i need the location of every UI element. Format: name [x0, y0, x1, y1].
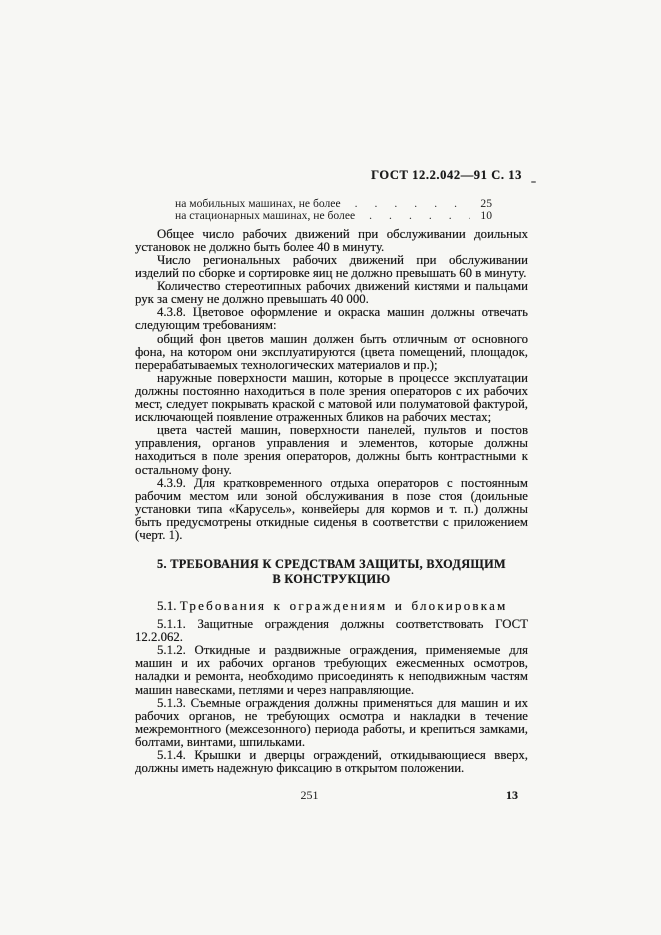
leader-dots: ........: [341, 198, 470, 210]
leader-value: 10: [470, 210, 492, 222]
section-heading: 5. ТРЕБОВАНИЯ К СРЕДСТВАМ ЗАЩИТЫ, ВХОДЯЩ…: [135, 557, 528, 586]
paragraph: 5.1.4. Крышки и дверцы ограждений, откид…: [135, 749, 528, 775]
paragraph: Число региональных рабочих движений при …: [135, 254, 528, 280]
paragraph: 5.1.1. Защитные ограждения должны соотве…: [135, 618, 528, 644]
sub-heading-text: Требования к ограждениям и блокировкам: [180, 598, 508, 613]
paragraph: 4.3.9. Для кратковременного отдыха опера…: [135, 477, 528, 542]
scan-speck: [531, 181, 536, 183]
page-footer: 251 13: [135, 788, 528, 802]
paragraph: Количество стереотипных рабочих движений…: [135, 280, 528, 306]
page-content: ГОСТ 12.2.042—91 С. 13 на мобильных маши…: [135, 168, 528, 802]
folio-sequence-number: 251: [301, 788, 319, 803]
sub-heading: 5.1. Требования к ограждениям и блокиров…: [135, 599, 528, 613]
body-text-lower: 5.1.1. Защитные ограждения должны соотве…: [135, 618, 528, 775]
list-item: на стационарных машинах, не более ......…: [175, 210, 492, 222]
paragraph: Общее число рабочих движений при обслужи…: [135, 228, 528, 254]
running-header: ГОСТ 12.2.042—91 С. 13: [135, 168, 528, 183]
section-heading-line1: 5. ТРЕБОВАНИЯ К СРЕДСТВАМ ЗАЩИТЫ, ВХОДЯЩ…: [135, 557, 528, 572]
leader-list: на мобильных машинах, не более ........ …: [175, 198, 492, 223]
section-heading-line2: В КОНСТРУКЦИЮ: [135, 572, 528, 587]
paragraph: 5.1.3. Съемные ограждения должны применя…: [135, 697, 528, 749]
body-text-upper: Общее число рабочих движений при обслужи…: [135, 228, 528, 542]
paragraph: наружные поверхности машин, которые в пр…: [135, 372, 528, 424]
paragraph: 4.3.8. Цветовое оформление и окраска маш…: [135, 306, 528, 332]
leader-label: на стационарных машинах, не более: [175, 210, 355, 222]
paragraph: общий фон цветов машин должен быть отлич…: [135, 333, 528, 372]
page-number: 13: [506, 788, 518, 803]
paragraph: 5.1.2. Откидные и раздвижные ограждения,…: [135, 644, 528, 696]
paragraph: цвета частей машин, поверхности панелей,…: [135, 424, 528, 476]
document-page: ГОСТ 12.2.042—91 С. 13 на мобильных маши…: [0, 0, 661, 935]
sub-heading-number: 5.1.: [157, 598, 177, 613]
leader-dots: ........: [355, 210, 470, 222]
